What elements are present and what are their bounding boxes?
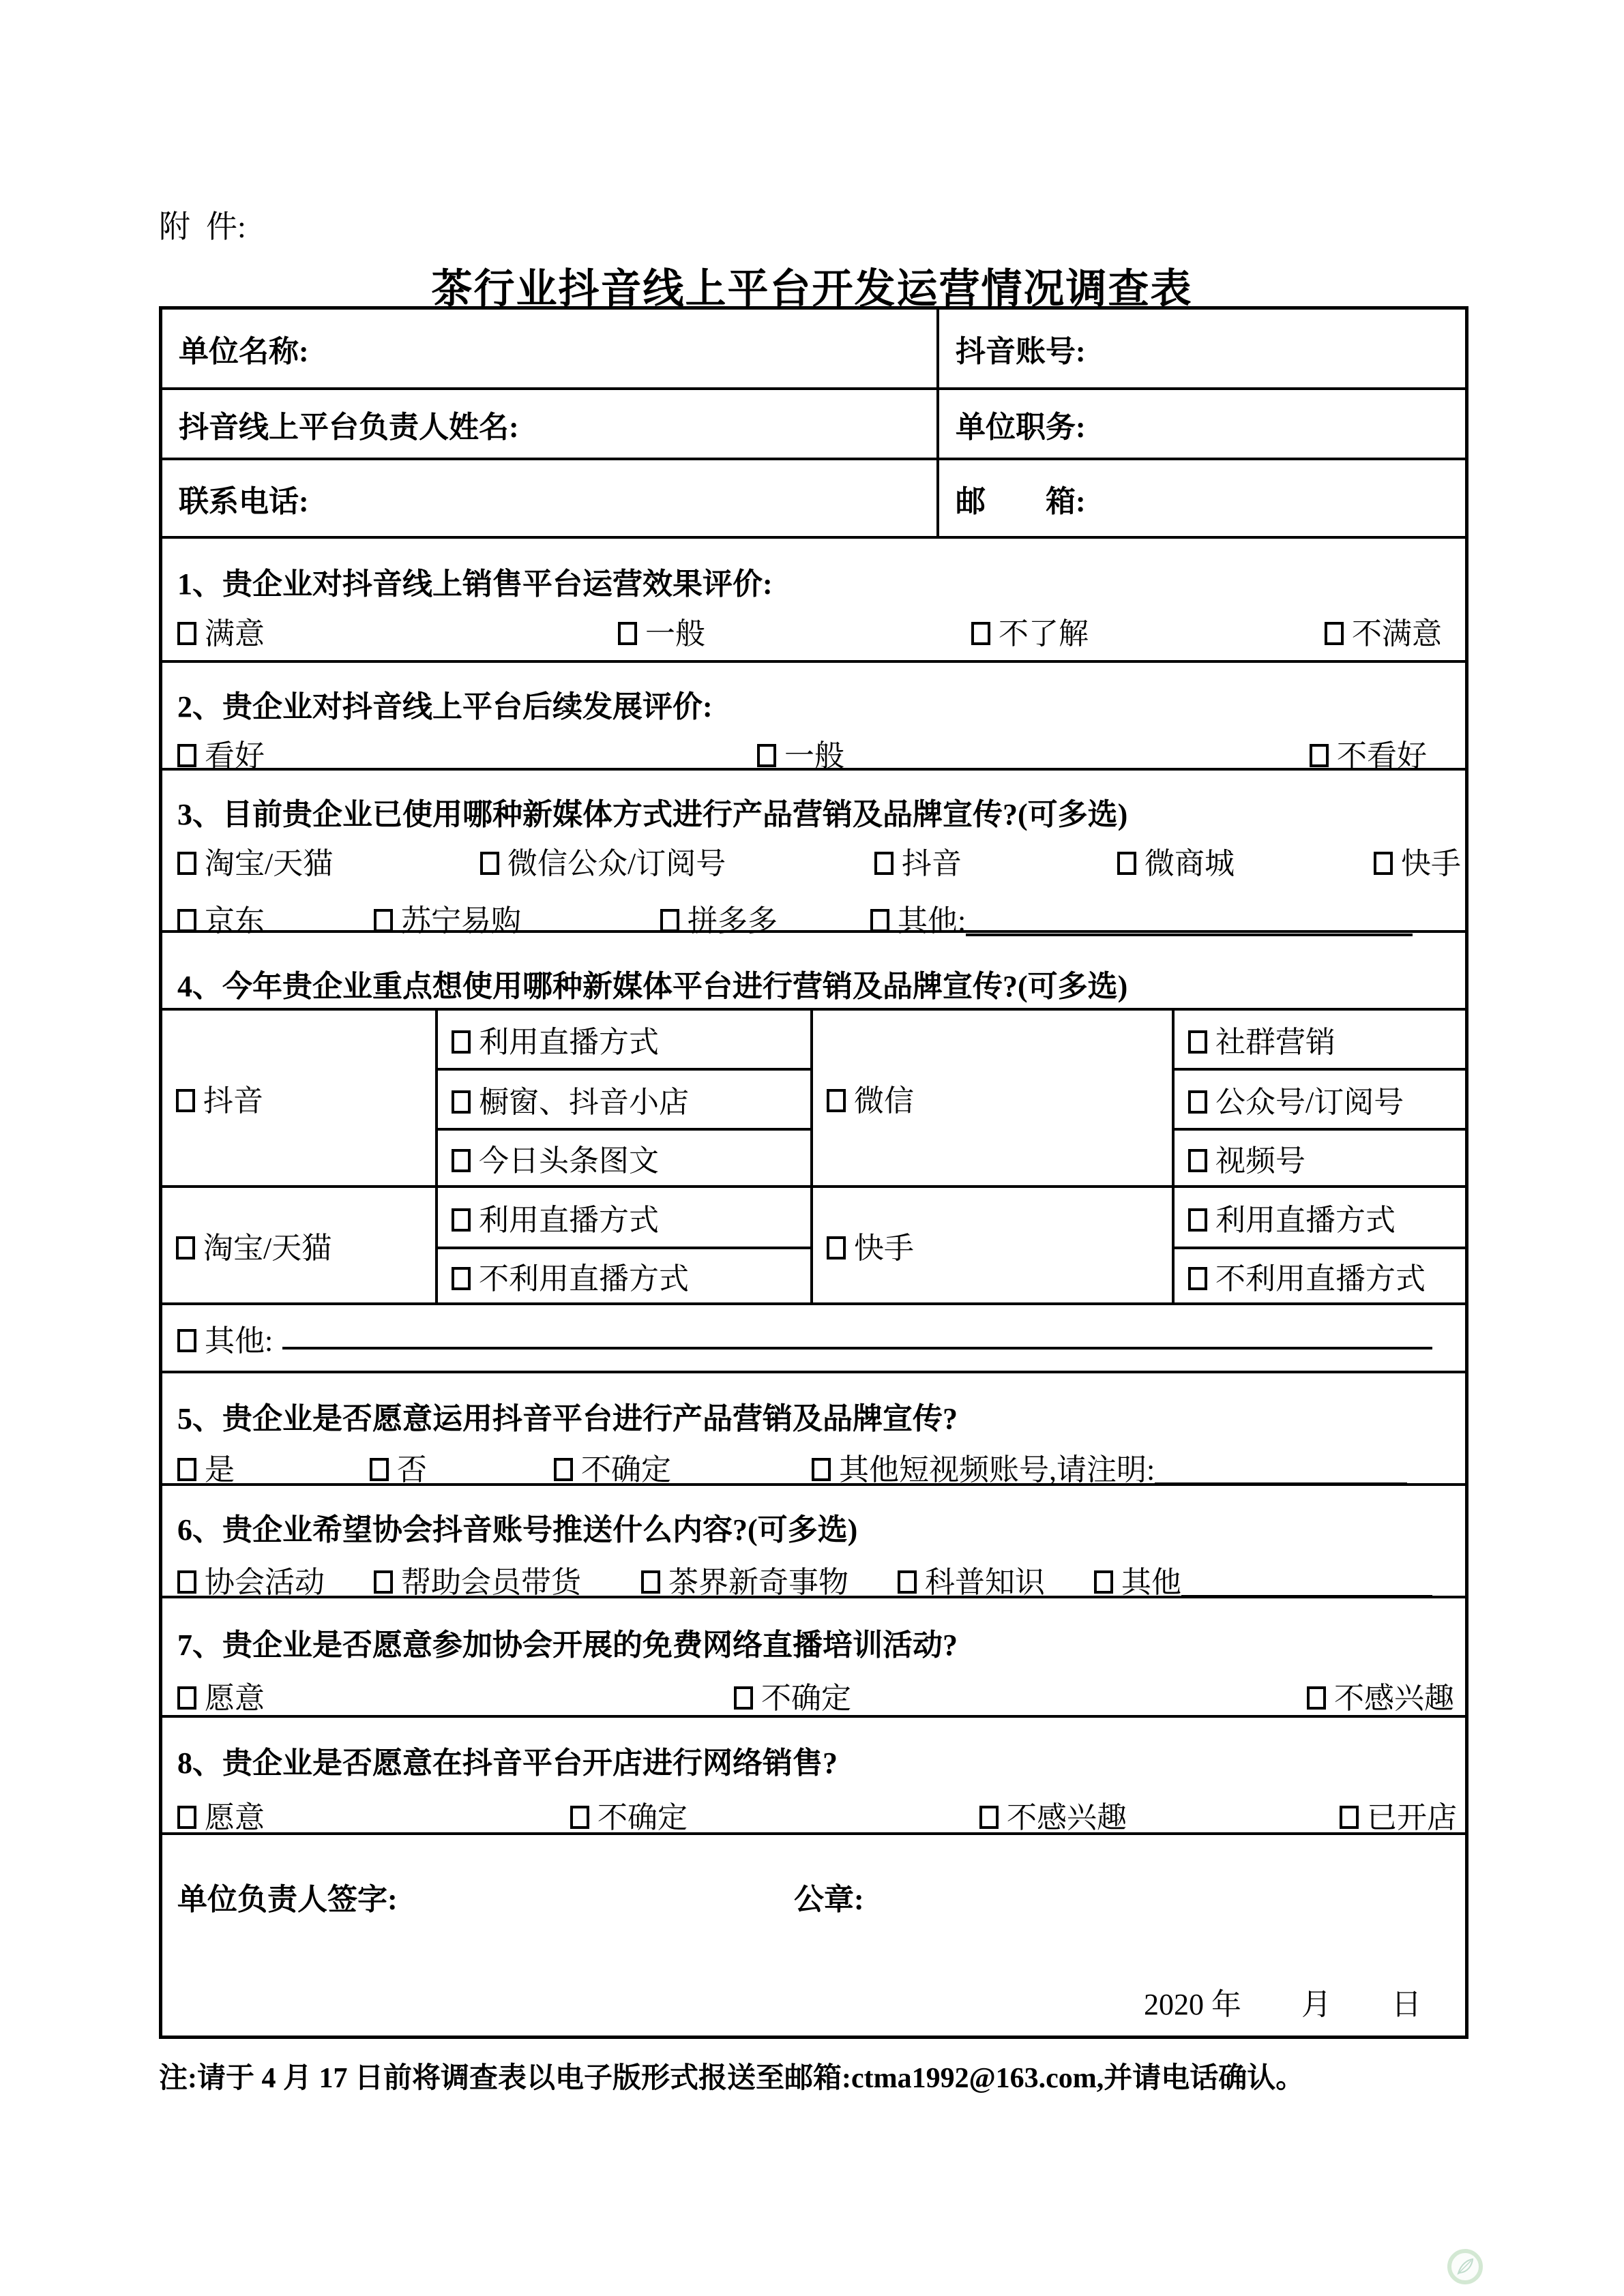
q7-option-willing: 愿意 bbox=[177, 1673, 265, 1717]
manager-name-label: 抖音线上平台负责人姓名: bbox=[162, 402, 519, 446]
q7-option-not-interested: 不感兴趣 bbox=[1307, 1673, 1454, 1717]
checkbox-icon[interactable] bbox=[1094, 1570, 1113, 1594]
signature-block: 单位负责人签字: 公章: 2020 年月日 bbox=[162, 1835, 1465, 2036]
date-month: 月 bbox=[1301, 1988, 1331, 2021]
q6-option-tea-news: 茶界新奇事物 bbox=[641, 1557, 848, 1601]
option-label: 微信 bbox=[854, 1084, 914, 1118]
q5-option-unsure: 不确定 bbox=[554, 1445, 671, 1489]
checkbox-icon[interactable] bbox=[874, 852, 894, 875]
option-label: 不看好 bbox=[1337, 739, 1427, 773]
q1-option-2: 一般 bbox=[618, 609, 705, 653]
option-label: 协会活动 bbox=[205, 1566, 325, 1599]
question-3-block: 3、目前贵企业已使用哪种新媒体方式进行产品营销及品牌宣传?(可多选) 淘宝/天猫… bbox=[162, 771, 1465, 933]
q4-cell-douyin: 抖音 bbox=[162, 1011, 437, 1187]
option-label: 帮助会员带货 bbox=[401, 1566, 581, 1599]
q1-option-1: 满意 bbox=[177, 609, 265, 653]
checkbox-icon[interactable] bbox=[177, 1329, 196, 1352]
q8-option-opened: 已开店 bbox=[1340, 1793, 1457, 1836]
cell-douyin-account[interactable]: 抖音账号: bbox=[939, 310, 1465, 387]
option-label: 今日头条图文 bbox=[479, 1144, 659, 1178]
q8-option-not-interested: 不感兴趣 bbox=[979, 1793, 1127, 1836]
option-label: 微商城 bbox=[1145, 847, 1235, 880]
q4-cell-douyin-shop: 橱窗、抖音小店 bbox=[437, 1069, 812, 1129]
q8-option-unsure: 不确定 bbox=[570, 1793, 688, 1836]
checkbox-icon[interactable] bbox=[177, 1570, 196, 1594]
unit-name-label: 单位名称: bbox=[162, 327, 309, 370]
checkbox-icon[interactable] bbox=[177, 909, 196, 932]
checkbox-icon[interactable] bbox=[734, 1686, 753, 1710]
checkbox-icon[interactable] bbox=[1374, 852, 1393, 875]
option-label: 茶界新奇事物 bbox=[668, 1566, 848, 1599]
checkbox-icon[interactable] bbox=[979, 1806, 999, 1829]
checkbox-icon[interactable] bbox=[452, 1267, 471, 1290]
cell-unit-name[interactable]: 单位名称: bbox=[162, 310, 939, 387]
checkbox-icon[interactable] bbox=[177, 1806, 196, 1829]
email-label: 邮 箱: bbox=[939, 477, 1086, 520]
option-label: 不确定 bbox=[581, 1453, 671, 1487]
option-label: 一般 bbox=[784, 739, 844, 773]
option-label: 利用直播方式 bbox=[1215, 1204, 1396, 1237]
unit-position-label: 单位职务: bbox=[939, 402, 1086, 446]
checkbox-icon[interactable] bbox=[812, 1458, 831, 1481]
q4-cell-kuaishou-live: 利用直播方式 bbox=[1173, 1187, 1465, 1248]
cell-manager-name[interactable]: 抖音线上平台负责人姓名: bbox=[162, 390, 939, 458]
option-label: 不确定 bbox=[597, 1801, 688, 1834]
seal-label[interactable]: 公章: bbox=[794, 1875, 864, 1918]
option-label: 公众号/订阅号 bbox=[1215, 1086, 1404, 1119]
option-label: 社群营销 bbox=[1215, 1026, 1335, 1059]
q5-option-no: 否 bbox=[370, 1445, 427, 1489]
question-1-block: 1、贵企业对抖音线上销售平台运营效果评价: 满意 一般 不了解 不满意 bbox=[162, 539, 1465, 663]
q3-option-weishangcheng: 微商城 bbox=[1117, 839, 1235, 882]
q7-option-unsure: 不确定 bbox=[734, 1673, 851, 1717]
question-8-text: 8、贵企业是否愿意在抖音平台开店进行网络销售? bbox=[177, 1738, 838, 1782]
checkbox-icon[interactable] bbox=[618, 622, 637, 645]
q3-option-wechat-accounts: 微信公众/订阅号 bbox=[480, 839, 726, 882]
checkbox-icon[interactable] bbox=[177, 1458, 196, 1481]
attachment-label: 附 件: bbox=[159, 202, 246, 247]
checkbox-icon[interactable] bbox=[660, 909, 679, 932]
checkbox-icon[interactable] bbox=[1188, 1090, 1207, 1114]
option-label: 其他: bbox=[205, 1324, 273, 1358]
checkbox-icon[interactable] bbox=[177, 622, 196, 645]
option-label: 不确定 bbox=[761, 1682, 851, 1715]
option-label: 利用直播方式 bbox=[479, 1204, 659, 1237]
option-label: 橱窗、抖音小店 bbox=[479, 1086, 689, 1119]
q4-cell-toutiao: 今日头条图文 bbox=[437, 1129, 812, 1187]
question-7-block: 7、贵企业是否愿意参加协会开展的免费网络直播培训活动? 愿意 不确定 不感兴趣 bbox=[162, 1598, 1465, 1718]
q4-cell-taobao-live: 利用直播方式 bbox=[437, 1187, 812, 1248]
cell-phone[interactable]: 联系电话: bbox=[162, 460, 939, 536]
question-1-text: 1、贵企业对抖音线上销售平台运营效果评价: bbox=[177, 559, 773, 603]
option-label: 一般 bbox=[645, 617, 705, 651]
option-label: 利用直播方式 bbox=[479, 1026, 659, 1059]
header-row-2: 抖音线上平台负责人姓名: 单位职务: bbox=[162, 390, 1465, 460]
option-label: 不利用直播方式 bbox=[1215, 1262, 1426, 1296]
q6-option-science: 科普知识 bbox=[898, 1557, 1045, 1601]
date-day: 日 bbox=[1391, 1988, 1421, 2021]
q3-option-douyin: 抖音 bbox=[874, 839, 962, 882]
q3-option-kuaishou: 快手 bbox=[1374, 839, 1461, 882]
option-label: 淘宝/天猫 bbox=[203, 1232, 331, 1265]
checkbox-icon[interactable] bbox=[452, 1030, 471, 1054]
survey-form-table: 单位名称: 抖音账号: 抖音线上平台负责人姓名: 单位职务: 联系电话: 邮 箱… bbox=[159, 306, 1468, 2039]
q4-option-other: 其他: bbox=[177, 1316, 273, 1360]
q2-option-2: 一般 bbox=[757, 731, 844, 775]
option-label: 抖音 bbox=[902, 847, 962, 880]
checkbox-icon[interactable] bbox=[1340, 1806, 1359, 1829]
q3-option-taobao: 淘宝/天猫 bbox=[177, 839, 333, 882]
q6-option-other: 其他 bbox=[1094, 1557, 1432, 1601]
option-label: 否 bbox=[397, 1453, 427, 1487]
question-4-other-row: 其他: bbox=[162, 1305, 1465, 1373]
q5-option-other-account: 其他短视频账号,请注明: bbox=[812, 1445, 1407, 1489]
checkbox-icon[interactable] bbox=[870, 909, 889, 932]
checkbox-icon[interactable] bbox=[176, 1236, 195, 1259]
checkbox-icon[interactable] bbox=[898, 1570, 917, 1594]
checkbox-icon[interactable] bbox=[1307, 1686, 1326, 1710]
q2-option-1: 看好 bbox=[177, 731, 265, 775]
leaf-stamp-icon bbox=[1447, 2249, 1483, 2284]
q4-cell-taobao: 淘宝/天猫 bbox=[162, 1187, 437, 1304]
checkbox-icon[interactable] bbox=[374, 909, 393, 932]
option-label: 看好 bbox=[205, 739, 265, 773]
question-5-text: 5、贵企业是否愿意运用抖音平台进行产品营销及品牌宣传? bbox=[177, 1394, 958, 1437]
option-label: 满意 bbox=[205, 617, 265, 651]
q1-option-3: 不了解 bbox=[971, 609, 1089, 653]
header-row-3: 联系电话: 邮 箱: bbox=[162, 460, 1465, 539]
checkbox-icon[interactable] bbox=[1188, 1267, 1207, 1290]
option-label: 快手 bbox=[1401, 847, 1461, 880]
checkbox-icon[interactable] bbox=[1117, 852, 1136, 875]
document-page: 附 件: 茶行业抖音线上平台开发运营情况调查表 单位名称: 抖音账号: 抖音线上… bbox=[0, 0, 1624, 2296]
checkbox-icon[interactable] bbox=[177, 1686, 196, 1710]
q4-cell-douyin-live: 利用直播方式 bbox=[437, 1011, 812, 1069]
q8-option-willing: 愿意 bbox=[177, 1793, 265, 1836]
sign-label[interactable]: 单位负责人签字: bbox=[177, 1875, 398, 1918]
option-label: 不了解 bbox=[999, 617, 1089, 651]
header-row-1: 单位名称: 抖音账号: bbox=[162, 310, 1465, 390]
checkbox-icon[interactable] bbox=[971, 622, 990, 645]
q2-option-3: 不看好 bbox=[1310, 731, 1427, 775]
checkbox-icon[interactable] bbox=[177, 744, 196, 767]
checkbox-icon[interactable] bbox=[827, 1236, 846, 1259]
checkbox-icon[interactable] bbox=[1325, 622, 1344, 645]
q6-option-member-goods: 帮助会员带货 bbox=[374, 1557, 581, 1601]
option-label: 视频号 bbox=[1215, 1144, 1305, 1178]
checkbox-icon[interactable] bbox=[641, 1570, 660, 1594]
date-line: 2020 年月日 bbox=[1144, 1980, 1421, 2023]
checkbox-icon[interactable] bbox=[480, 852, 499, 875]
q4-cell-wechat-official: 公众号/订阅号 bbox=[1173, 1069, 1465, 1129]
checkbox-icon[interactable] bbox=[176, 1089, 195, 1112]
checkbox-icon[interactable] bbox=[452, 1090, 471, 1114]
question-3-text: 3、目前贵企业已使用哪种新媒体方式进行产品营销及品牌宣传?(可多选) bbox=[177, 790, 1127, 833]
q4-cell-video-account: 视频号 bbox=[1173, 1129, 1465, 1187]
q4-cell-wechat: 微信 bbox=[812, 1011, 1173, 1187]
question-2-text: 2、贵企业对抖音线上平台后续发展评价: bbox=[177, 682, 713, 726]
question-4-text: 4、今年贵企业重点想使用哪种新媒体平台进行营销及品牌宣传?(可多选) bbox=[177, 961, 1127, 1005]
option-label: 不感兴趣 bbox=[1007, 1801, 1127, 1834]
option-label: 不感兴趣 bbox=[1334, 1682, 1454, 1715]
phone-label: 联系电话: bbox=[162, 477, 309, 520]
question-8-block: 8、贵企业是否愿意在抖音平台开店进行网络销售? 愿意 不确定 不感兴趣 已开店 bbox=[162, 1718, 1465, 1835]
option-label: 其他 bbox=[1121, 1566, 1181, 1599]
option-label: 科普知识 bbox=[925, 1566, 1045, 1599]
q4-cell-taobao-nolive: 不利用直播方式 bbox=[437, 1248, 812, 1304]
question-6-block: 6、贵企业希望协会抖音账号推送什么内容?(可多选) 协会活动 帮助会员带货 茶界… bbox=[162, 1486, 1465, 1598]
question-4-grid: 抖音 利用直播方式 微信 社群营销 橱窗、抖音小店 公众号/订阅号 今日头条图文… bbox=[162, 1011, 1465, 1305]
footer-note: 注:请于 4 月 17 日前将调查表以电子版形式报送至邮箱:ctma1992@1… bbox=[159, 2055, 1304, 2096]
option-label: 快手 bbox=[854, 1232, 914, 1265]
q4-cell-wechat-community: 社群营销 bbox=[1173, 1011, 1465, 1069]
checkbox-icon[interactable] bbox=[1188, 1208, 1207, 1232]
cell-email[interactable]: 邮 箱: bbox=[939, 460, 1465, 536]
option-label: 其他短视频账号,请注明: bbox=[839, 1453, 1155, 1487]
q5-option-yes: 是 bbox=[177, 1445, 235, 1489]
option-label: 抖音 bbox=[203, 1084, 263, 1118]
douyin-account-label: 抖音账号: bbox=[939, 327, 1086, 370]
checkbox-icon[interactable] bbox=[1310, 744, 1329, 767]
checkbox-icon[interactable] bbox=[757, 744, 776, 767]
option-label: 淘宝/天猫 bbox=[205, 847, 333, 880]
blank-underline[interactable] bbox=[1155, 1482, 1407, 1485]
checkbox-icon[interactable] bbox=[554, 1458, 573, 1481]
checkbox-icon[interactable] bbox=[570, 1806, 589, 1829]
q1-option-4: 不满意 bbox=[1325, 609, 1442, 653]
q4-cell-kuaishou: 快手 bbox=[812, 1187, 1173, 1304]
question-4-block: 4、今年贵企业重点想使用哪种新媒体平台进行营销及品牌宣传?(可多选) bbox=[162, 933, 1465, 1011]
blank-underline[interactable] bbox=[1181, 1595, 1432, 1598]
checkbox-icon[interactable] bbox=[452, 1149, 471, 1172]
checkbox-icon[interactable] bbox=[1188, 1149, 1207, 1172]
checkbox-icon[interactable] bbox=[1188, 1030, 1207, 1054]
q6-option-activities: 协会活动 bbox=[177, 1557, 325, 1601]
checkbox-icon[interactable] bbox=[370, 1458, 389, 1481]
cell-unit-position[interactable]: 单位职务: bbox=[939, 390, 1465, 458]
option-label: 不满意 bbox=[1352, 617, 1442, 651]
question-6-text: 6、贵企业希望协会抖音账号推送什么内容?(可多选) bbox=[177, 1505, 857, 1549]
option-label: 不利用直播方式 bbox=[479, 1262, 689, 1296]
option-label: 愿意 bbox=[205, 1801, 265, 1834]
checkbox-icon[interactable] bbox=[452, 1208, 471, 1232]
option-label: 微信公众/订阅号 bbox=[507, 847, 726, 880]
question-2-block: 2、贵企业对抖音线上平台后续发展评价: 看好 一般 不看好 bbox=[162, 663, 1465, 771]
q4-cell-kuaishou-nolive: 不利用直播方式 bbox=[1173, 1248, 1465, 1304]
date-year: 2020 年 bbox=[1144, 1988, 1241, 2021]
question-5-block: 5、贵企业是否愿意运用抖音平台进行产品营销及品牌宣传? 是 否 不确定 其他短视… bbox=[162, 1373, 1465, 1486]
checkbox-icon[interactable] bbox=[177, 852, 196, 875]
option-label: 愿意 bbox=[205, 1682, 265, 1715]
option-label: 已开店 bbox=[1367, 1801, 1457, 1834]
blank-underline[interactable] bbox=[282, 1346, 1432, 1350]
checkbox-icon[interactable] bbox=[374, 1570, 393, 1594]
option-label: 是 bbox=[205, 1453, 235, 1487]
question-7-text: 7、贵企业是否愿意参加协会开展的免费网络直播培训活动? bbox=[177, 1620, 958, 1664]
checkbox-icon[interactable] bbox=[827, 1089, 846, 1112]
